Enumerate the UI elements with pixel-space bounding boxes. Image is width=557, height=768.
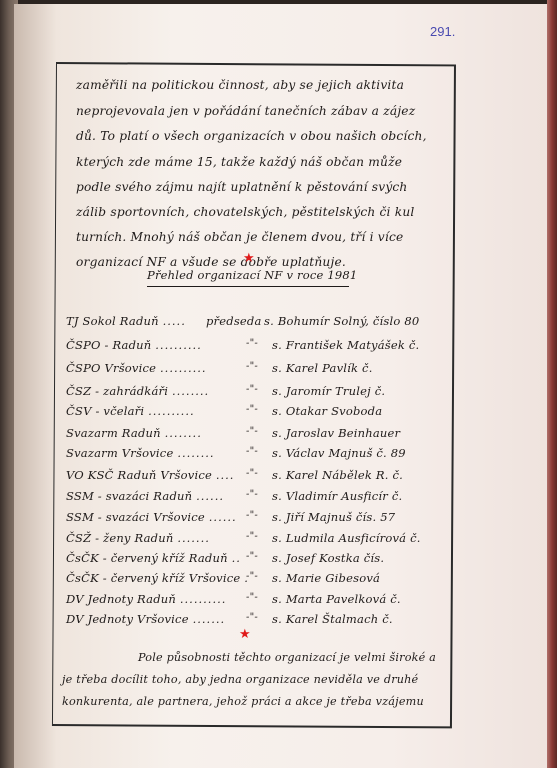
- list-item: SSM - svazáci Raduň ...... -"- s. Vladim…: [66, 489, 446, 509]
- page-number: 291.: [430, 24, 455, 39]
- list-item: ČSV - včelaři .......... -"- s. Otakar S…: [66, 404, 446, 424]
- list-item: ČSŽ - ženy Raduň ....... -"- s. Ludmila …: [66, 531, 446, 551]
- organization-name: ČsČK - červený kříž Vršovice .: [66, 571, 249, 585]
- page-edge: [547, 0, 557, 768]
- role: -"-: [246, 551, 258, 562]
- role: -"-: [246, 338, 258, 349]
- list-item: ČsČK - červený kříž Raduň .. -"- s. Jose…: [66, 551, 446, 571]
- organization-name: TJ Sokol Raduň .....: [66, 314, 186, 328]
- list-item: DV Jednoty Raduň .......... -"- s. Marta…: [66, 592, 446, 612]
- chairperson: s. Vladimír Ausficír č.: [272, 489, 402, 503]
- organization-name: SSM - svazáci Raduň ......: [66, 489, 224, 503]
- role: předseda: [206, 314, 262, 328]
- chairperson: s. František Matyášek č.: [272, 338, 419, 352]
- organization-name: ČsČK - červený kříž Raduň ..: [66, 551, 241, 565]
- intro-line: podle svého zájmu najít uplatnění k pěst…: [76, 180, 407, 194]
- organization-name: ČSPO Vršovice ..........: [66, 361, 207, 375]
- role: -"-: [246, 361, 258, 372]
- chairperson: s. Jaromír Trulej č.: [272, 384, 385, 398]
- role: -"-: [246, 489, 258, 500]
- role: -"-: [246, 426, 258, 437]
- chairperson: s. Marta Pavelková č.: [272, 592, 401, 606]
- role: -"-: [246, 404, 258, 415]
- role: -"-: [246, 612, 258, 623]
- intro-line: organizací NF a všude se dobře uplatňuje…: [76, 255, 346, 269]
- chairperson: s. Václav Majnuš č. 89: [272, 446, 406, 460]
- list-item: Svazarm Vršovice ........ -"- s. Václav …: [66, 446, 446, 466]
- chairperson: s. Jiří Majnuš čís. 57: [272, 510, 395, 524]
- chairperson: s. Bohumír Solný, číslo 80: [264, 314, 419, 328]
- role: -"-: [246, 510, 258, 521]
- role: -"-: [246, 531, 258, 542]
- list-item: ČSPO - Raduň .......... -"- s. František…: [66, 338, 446, 358]
- organization-name: ČSPO - Raduň ..........: [66, 338, 202, 352]
- list-item: Svazarm Raduň ........ -"- s. Jaroslav B…: [66, 426, 446, 446]
- chairperson: s. Karel Štalmach č.: [272, 612, 393, 626]
- organization-name: VO KSČ Raduň Vršovice ....: [66, 468, 234, 482]
- chairperson: s. Karel Pavlík č.: [272, 361, 373, 375]
- list-item: ČSPO Vršovice .......... -"- s. Karel Pa…: [66, 361, 446, 381]
- list-item: DV Jednoty Vršovice ....... -"- s. Karel…: [66, 612, 446, 632]
- red-star-icon: ★: [239, 628, 251, 641]
- intro-line: neprojevovala jen v pořádání tanečních z…: [76, 104, 415, 118]
- intro-line: kterých zde máme 15, takže každý náš obč…: [76, 155, 402, 169]
- intro-line: turních. Mnohý náš občan je členem dvou,…: [76, 230, 403, 244]
- chairperson: s. Ludmila Ausficírová č.: [272, 531, 421, 545]
- role: -"-: [246, 571, 258, 582]
- list-item: SSM - svazáci Vršovice ...... -"- s. Jiř…: [66, 510, 446, 530]
- chairperson: s. Karel Nábělek R. č.: [272, 468, 403, 482]
- organization-name: ČSV - včelaři ..........: [66, 404, 195, 418]
- chairperson: s. Josef Kostka čís.: [272, 551, 384, 565]
- closing-line: Pole působnosti těchto organizací je vel…: [138, 651, 436, 664]
- organization-name: ČSŽ - ženy Raduň .......: [66, 531, 210, 545]
- closing-line: je třeba docílit toho, aby jedna organiz…: [62, 673, 418, 686]
- role: -"-: [246, 592, 258, 603]
- organization-name: Svazarm Vršovice ........: [66, 446, 215, 460]
- role: -"-: [246, 446, 258, 457]
- role: -"-: [246, 384, 258, 395]
- closing-line: konkurenta, ale partnera, jehož práci a …: [62, 695, 424, 708]
- section-heading: Přehled organizací NF v roce 1981: [147, 268, 349, 287]
- chairperson: s. Jaroslav Beinhauer: [272, 426, 400, 440]
- list-item: VO KSČ Raduň Vršovice .... -"- s. Karel …: [66, 468, 446, 488]
- role: -"-: [246, 468, 258, 479]
- list-item: ČsČK - červený kříž Vršovice . -"- s. Ma…: [66, 571, 446, 591]
- organization-name: Svazarm Raduň ........: [66, 426, 202, 440]
- list-item: TJ Sokol Raduň ..... předseda s. Bohumír…: [66, 314, 446, 334]
- list-item: ČSZ - zahrádkáři ........ -"- s. Jaromír…: [66, 384, 446, 404]
- intro-line: zálib sportovních, chovatelských, pěstit…: [76, 205, 414, 219]
- chairperson: s. Otakar Svoboda: [272, 404, 382, 418]
- red-star-icon: ★: [243, 252, 255, 265]
- chairperson: s. Marie Gibesová: [272, 571, 380, 585]
- organization-name: DV Jednoty Raduň ..........: [66, 592, 226, 606]
- organization-name: ČSZ - zahrádkáři ........: [66, 384, 209, 398]
- intro-line: dů. To platí o všech organizacích v obou…: [76, 129, 427, 143]
- organization-name: DV Jednoty Vršovice .......: [66, 612, 225, 626]
- intro-line: zaměřili na politickou činnost, aby se j…: [76, 78, 404, 92]
- organization-name: SSM - svazáci Vršovice ......: [66, 510, 237, 524]
